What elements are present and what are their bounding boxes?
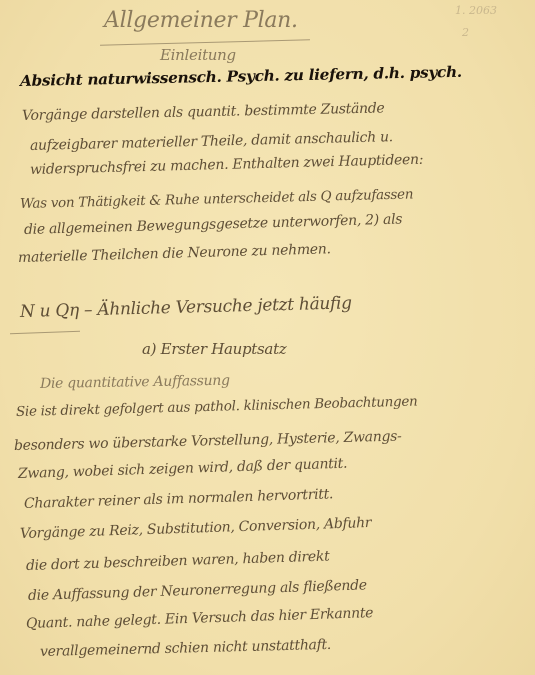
text-line-17: die Auffassung der Neuronerregung als fl… bbox=[28, 577, 367, 604]
manuscript-page: 1. 2063 2 Allgemeiner Plan. Einleitung A… bbox=[0, 0, 535, 675]
text-line-16: die dort zu beschreiben waren, haben dir… bbox=[26, 548, 330, 574]
archive-number: 1. 2063 bbox=[455, 4, 497, 17]
text-line-18: Quant. nahe gelegt. Ein Versuch das hier… bbox=[26, 605, 374, 632]
text-line-7: materielle Theilchen die Neurone zu nehm… bbox=[18, 241, 331, 266]
text-line-6: die allgemeinen Bewegungsgesetze unterwo… bbox=[24, 211, 403, 238]
text-line-5: Was von Thätigkeit & Ruhe unterscheidet … bbox=[20, 186, 414, 212]
section-heading: a) Erster Hauptsatz bbox=[142, 340, 286, 358]
text-line-8: N u Qη – Ähnliche Versuche jetzt häufig bbox=[20, 293, 352, 322]
manuscript-subtitle: Einleitung bbox=[160, 46, 236, 64]
title-underline bbox=[100, 39, 310, 45]
subsection-heading: Die quantitative Auffassung bbox=[40, 373, 230, 392]
text-line-4: widerspruchsfrei zu machen. Enthalten zw… bbox=[30, 152, 424, 178]
text-line-13: Zwang, wobei sich zeigen wird, daß der q… bbox=[18, 456, 348, 482]
text-line-2: Vorgänge darstellen als quantit. bestimm… bbox=[22, 100, 385, 124]
text-line-19: verallgemeinernd schien nicht unstatthaf… bbox=[40, 637, 331, 660]
text-line-14: Charakter reiner als im normalen hervort… bbox=[24, 486, 334, 512]
text-line-1: Absicht naturwissensch. Psych. zu liefer… bbox=[20, 63, 462, 90]
text-line-15: Vorgänge zu Reiz, Substitution, Conversi… bbox=[20, 515, 372, 542]
page-number: 2 bbox=[462, 26, 469, 39]
section-divider bbox=[10, 331, 80, 334]
text-line-12: besonders wo überstarke Vorstellung, Hys… bbox=[14, 429, 402, 454]
text-line-11: Sie ist direkt gefolgert aus pathol. kli… bbox=[16, 393, 418, 420]
manuscript-title: Allgemeiner Plan. bbox=[104, 8, 298, 33]
text-line-3: aufzeigbarer materieller Theile, damit a… bbox=[30, 129, 393, 154]
